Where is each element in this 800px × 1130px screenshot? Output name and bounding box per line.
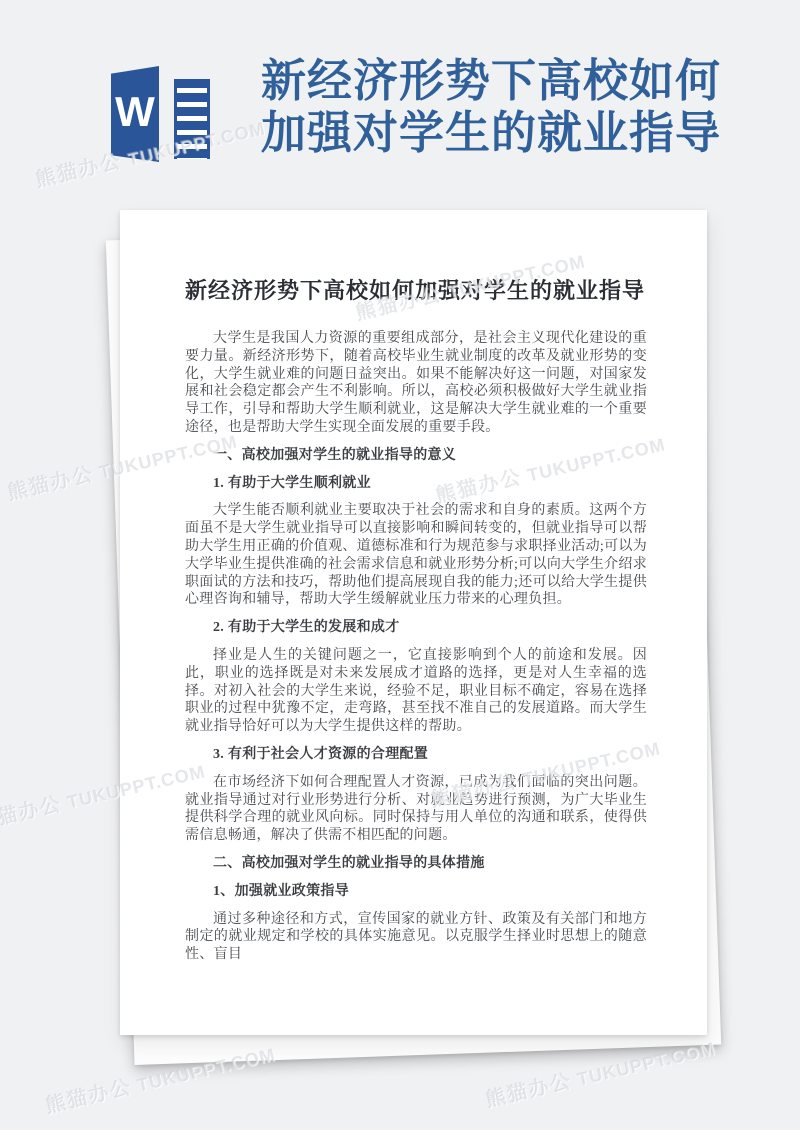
section-heading: 1、加强就业政策指导 <box>185 883 647 901</box>
body-paragraph: 择业是人生的关键问题之一，它直接影响到个人的前途和发展。因此，职业的选择既是对未… <box>185 647 647 736</box>
body-paragraph: 通过多种途径和方式，宣传国家的就业方针、政策及有关部门和地方制定的就业规定和学校… <box>185 911 647 964</box>
section-heading: 二、高校加强对学生的就业指导的具体措施 <box>185 855 647 873</box>
document-title: 新经济形势下高校如何加强对学生的就业指导 <box>185 278 647 304</box>
section-heading: 3. 有利于社会人才资源的合理配置 <box>185 746 647 764</box>
document-body: 大学生是我国人力资源的重要组成部分，是社会主义现代化建设的重要力量。新经济形势下… <box>185 330 647 964</box>
body-paragraph: 大学生能否顺利就业主要取决于社会的需求和自身的素质。这两个方面虽不是大学生就业指… <box>185 502 647 609</box>
document-page: 新经济形势下高校如何加强对学生的就业指导 大学生是我国人力资源的重要组成部分，是… <box>120 210 707 1035</box>
document-content: 新经济形势下高校如何加强对学生的就业指导 大学生是我国人力资源的重要组成部分，是… <box>185 278 647 1035</box>
body-paragraph: 在市场经济下如何合理配置人才资源，已成为我们面临的突出问题。就业指导通过对行业形… <box>185 774 647 845</box>
section-heading: 1. 有助于大学生顺利就业 <box>185 475 647 493</box>
document-stack: 新经济形势下高校如何加强对学生的就业指导 大学生是我国人力资源的重要组成部分，是… <box>0 0 800 1130</box>
body-paragraph: 大学生是我国人力资源的重要组成部分，是社会主义现代化建设的重要力量。新经济形势下… <box>185 330 647 437</box>
section-heading: 2. 有助于大学生的发展和成才 <box>185 619 647 637</box>
section-heading: 一、高校加强对学生的就业指导的意义 <box>185 447 647 465</box>
